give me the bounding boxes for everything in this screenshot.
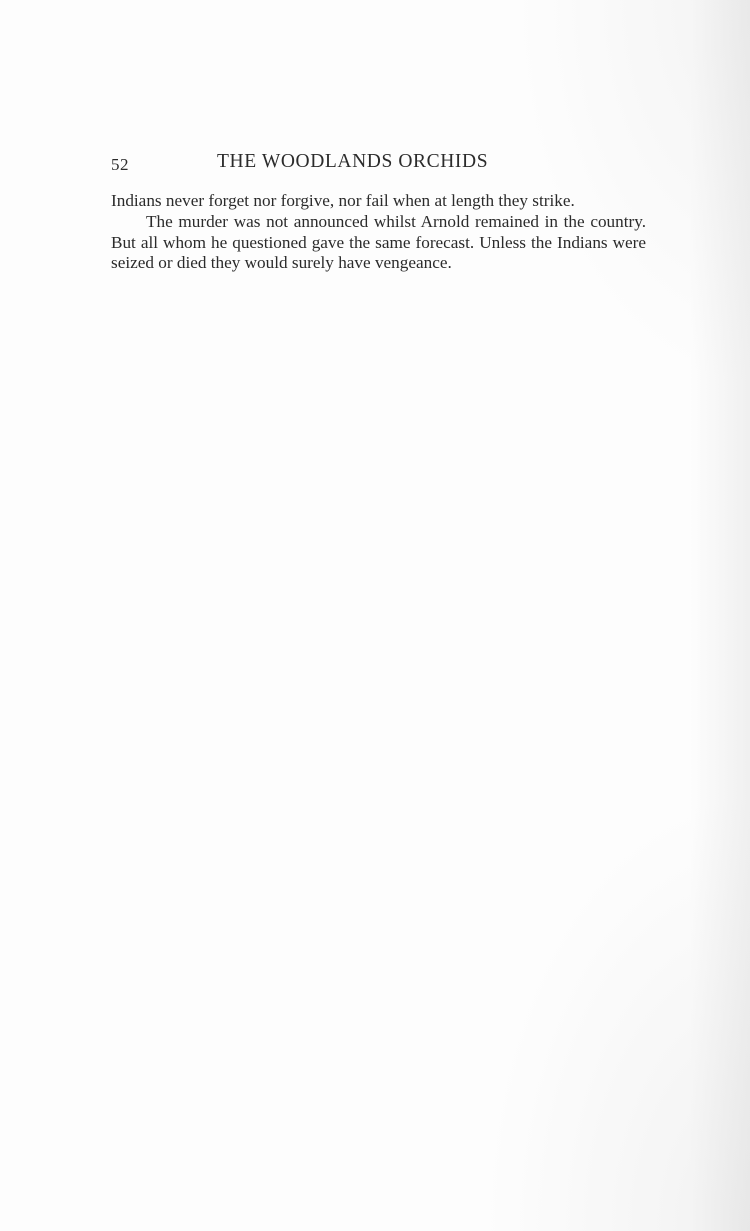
paragraph-continuation: Indians never forget nor forgive, nor fa… (111, 191, 646, 212)
body-text: Indians never forget nor forgive, nor fa… (111, 191, 646, 274)
running-head: 52 THE WOODLANDS ORCHIDS (111, 151, 651, 175)
book-page: 52 THE WOODLANDS ORCHIDS Indians never f… (0, 0, 750, 1231)
running-title: THE WOODLANDS ORCHIDS (217, 151, 488, 173)
page-number: 52 (111, 155, 129, 175)
paragraph-murder: The murder was not announced whilst Arno… (111, 212, 646, 274)
